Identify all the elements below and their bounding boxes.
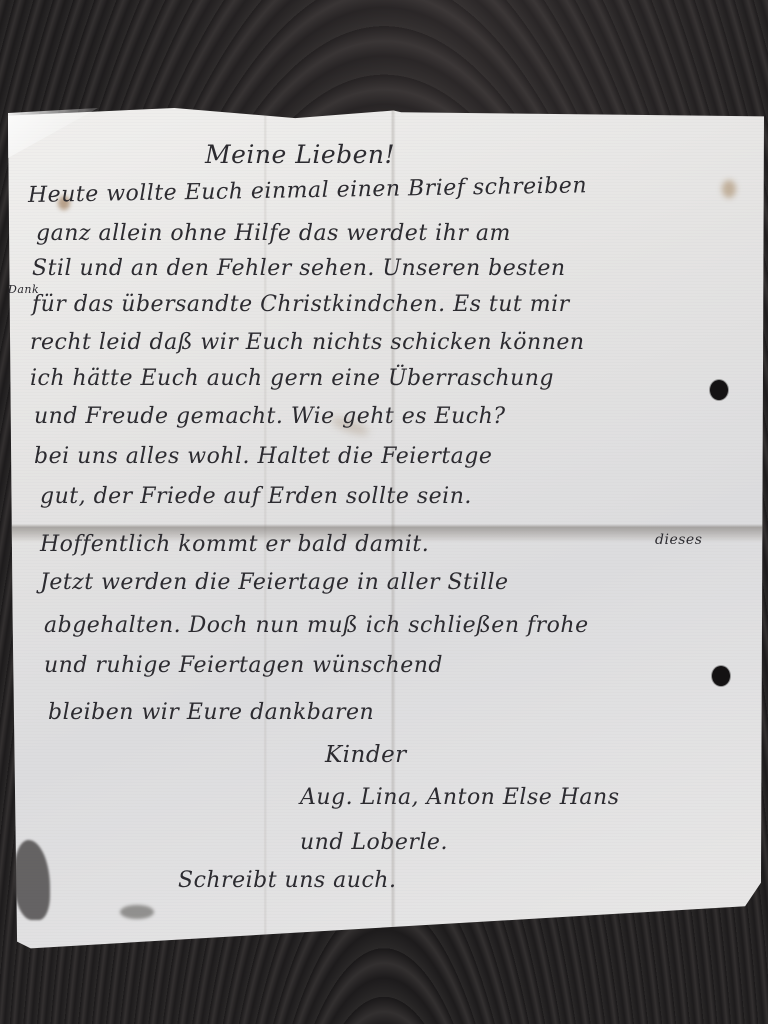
letter-line: Heute wollte Euch einmal einen Brief sch… [28, 173, 587, 208]
letter-line: für das übersandte Christkindchen. Es tu… [32, 292, 570, 317]
letter-signature: und Loberle. [300, 830, 448, 855]
letter-line: Stil und an den Fehler sehen. Unseren be… [32, 256, 566, 281]
letter-closing: Kinder [325, 742, 407, 768]
letter-line: abgehalten. Doch nun muß ich schließen f… [44, 613, 589, 638]
letter-line: recht leid daß wir Euch nichts schicken … [30, 330, 585, 355]
letter-postscript: Schreibt uns auch. [178, 868, 396, 893]
letter-line: ich hätte Euch auch gern eine Überraschu… [30, 366, 554, 391]
letter-line: und Freude gemacht. Wie geht es Euch? [34, 404, 506, 429]
handwritten-letter: Meine Lieben! Heute wollte Euch einmal e… [0, 0, 768, 1024]
letter-line: gut, der Friede auf Erden sollte sein. [40, 484, 472, 509]
letter-line: ganz allein ohne Hilfe das werdet ihr am [36, 221, 511, 246]
letter-line: Hoffentlich kommt er bald damit. [40, 532, 429, 557]
letter-line: und ruhige Feiertagen wünschend [44, 653, 443, 678]
letter-signature: Aug. Lina, Anton Else Hans [300, 785, 620, 810]
letter-line: bei uns alles wohl. Haltet die Feiertage [34, 444, 492, 469]
margin-note: dieses [655, 532, 702, 548]
letter-line: bleiben wir Eure dankbaren [48, 700, 374, 725]
letter-line: Jetzt werden die Feiertage in aller Stil… [40, 570, 509, 595]
letter-salutation: Meine Lieben! [205, 140, 395, 169]
